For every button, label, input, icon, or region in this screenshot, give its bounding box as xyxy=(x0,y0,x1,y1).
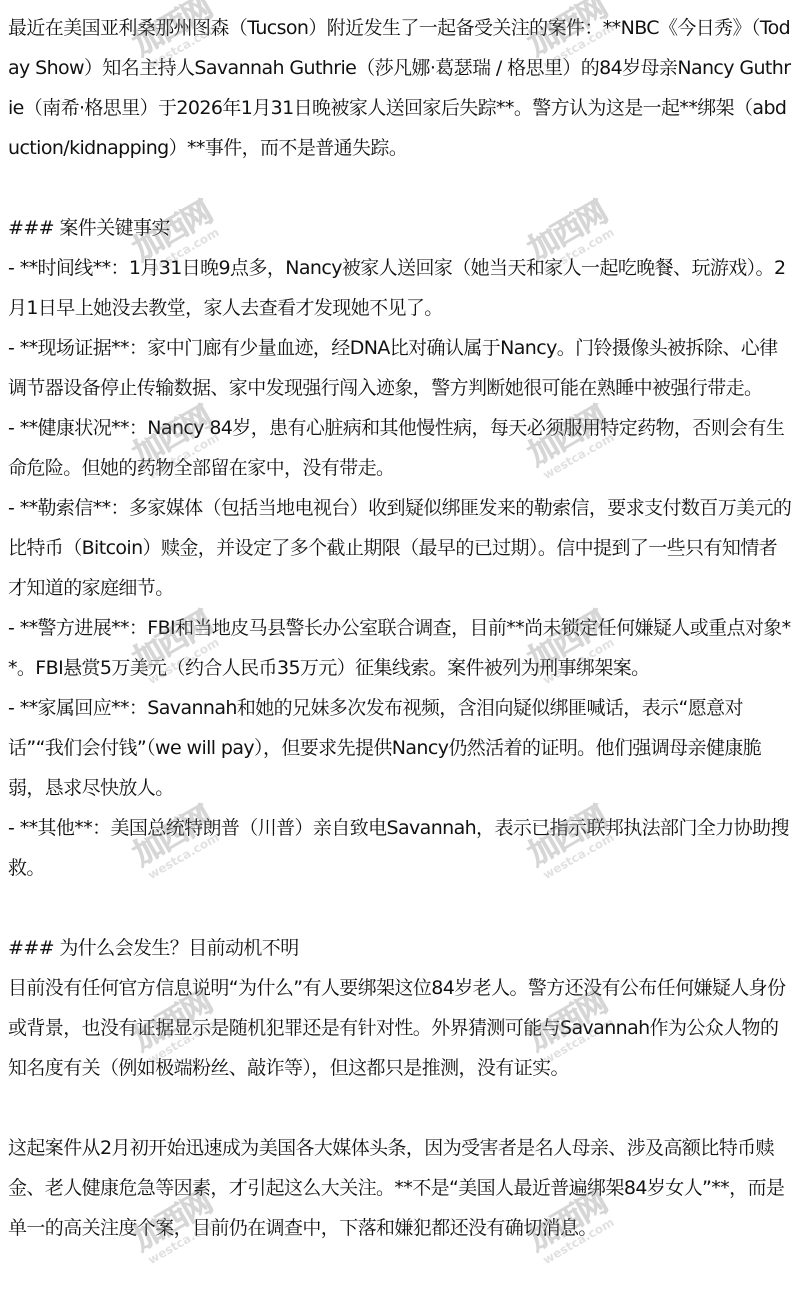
fact-police-progress: - **警方进展**：FBI和当地皮马县警长办公室联合调查，目前**尚未锁定任何… xyxy=(8,608,794,688)
fact-scene-evidence: - **现场证据**：家中门廊有少量血迹，经DNA比对确认属于Nancy。门铃摄… xyxy=(8,328,794,408)
section-heading-key-facts: ### 案件关键事实 xyxy=(8,208,794,248)
motive-paragraph: 目前没有任何官方信息说明“为什么”有人要绑架这位84岁老人。警方还没有公布任何嫌… xyxy=(8,968,794,1088)
fact-timeline: - **时间线**：1月31日晚9点多，Nancy被家人送回家（她当天和家人一起… xyxy=(8,248,794,328)
fact-health-status: - **健康状况**：Nancy 84岁，患有心脏病和其他慢性病，每天必须服用特… xyxy=(8,408,794,488)
fact-other: - **其他**：美国总统特朗普（川普）亲自致电Savannah，表示已指示联邦… xyxy=(8,808,794,888)
article-document: 最近在美国亚利桑那州图森（Tucson）附近发生了一起备受关注的案件：**NBC… xyxy=(8,8,794,1248)
section-heading-motive: ### 为什么会发生？目前动机不明 xyxy=(8,928,794,968)
intro-paragraph: 最近在美国亚利桑那州图森（Tucson）附近发生了一起备受关注的案件：**NBC… xyxy=(8,8,794,168)
fact-ransom-letter: - **勒索信**：多家媒体（包括当地电视台）收到疑似绑匪发来的勒索信，要求支付… xyxy=(8,488,794,608)
conclusion-paragraph: 这起案件从2月初开始迅速成为美国各大媒体头条，因为受害者是名人母亲、涉及高额比特… xyxy=(8,1128,794,1248)
fact-family-response: - **家属回应**：Savannah和她的兄妹多次发布视频，含泪向疑似绑匪喊话… xyxy=(8,688,794,808)
